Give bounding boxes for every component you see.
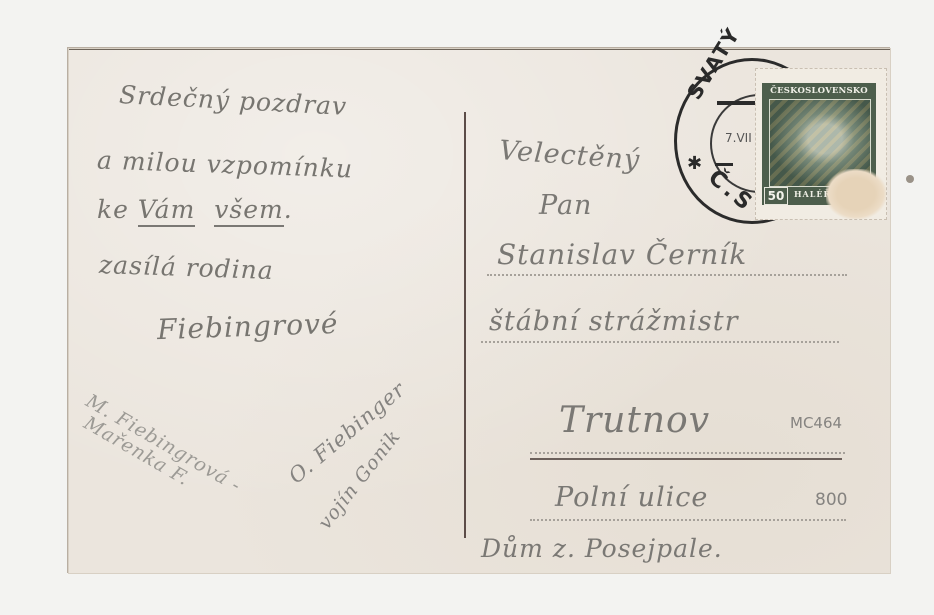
address-line-1: [487, 274, 847, 276]
message-underlined-word-1: Vám: [138, 195, 195, 227]
stamp-value: 50: [764, 187, 788, 205]
address-street: Polní ulice: [555, 482, 708, 513]
background-speck: [906, 175, 914, 183]
message-underlined-word-2: všem: [214, 195, 283, 227]
center-divider-line: [464, 112, 466, 538]
postmark-date: 7.VII: [725, 131, 752, 145]
address-line-4: [530, 519, 846, 521]
address-city: Trutnov: [559, 400, 710, 441]
message-line-5-signature: Fiebingrové: [156, 307, 338, 346]
message-line-4: zasílá rodina: [99, 250, 275, 285]
message-line-1: Srdečný pozdrav: [118, 80, 347, 121]
catalog-code-annotation: MC464: [790, 414, 842, 432]
price-annotation: 800: [815, 490, 847, 510]
address-title: Pan: [539, 190, 592, 221]
address-line-3: [530, 452, 845, 454]
message-line-3-prefix: ke: [97, 195, 129, 224]
message-line-2: a milou vzpomínku: [97, 146, 354, 184]
address-name: Stanislav Černík: [497, 238, 747, 271]
message-line-3: ke Vám všem.: [97, 195, 293, 224]
postage-stamp: ČESKOSLOVENSKO 50 HALÉŘ: [755, 68, 887, 220]
address-city-underline: [530, 458, 842, 460]
address-house: Dům z. Posejpale.: [481, 534, 723, 563]
address-salutation: Velectěný: [498, 135, 641, 176]
address-line-2: [481, 341, 839, 343]
stamp-torn-corner: [826, 169, 886, 219]
message-line-3-suffix: .: [284, 195, 293, 224]
address-rank: štábní strážmistr: [489, 306, 738, 337]
postmark-town: SVATÝ: [682, 23, 745, 104]
postmark-star-icon: ✱: [687, 153, 702, 174]
stamp-country: ČESKOSLOVENSKO: [764, 85, 874, 97]
postcard-back: Srdečný pozdrav a milou vzpomínku ke Vám…: [69, 49, 890, 573]
